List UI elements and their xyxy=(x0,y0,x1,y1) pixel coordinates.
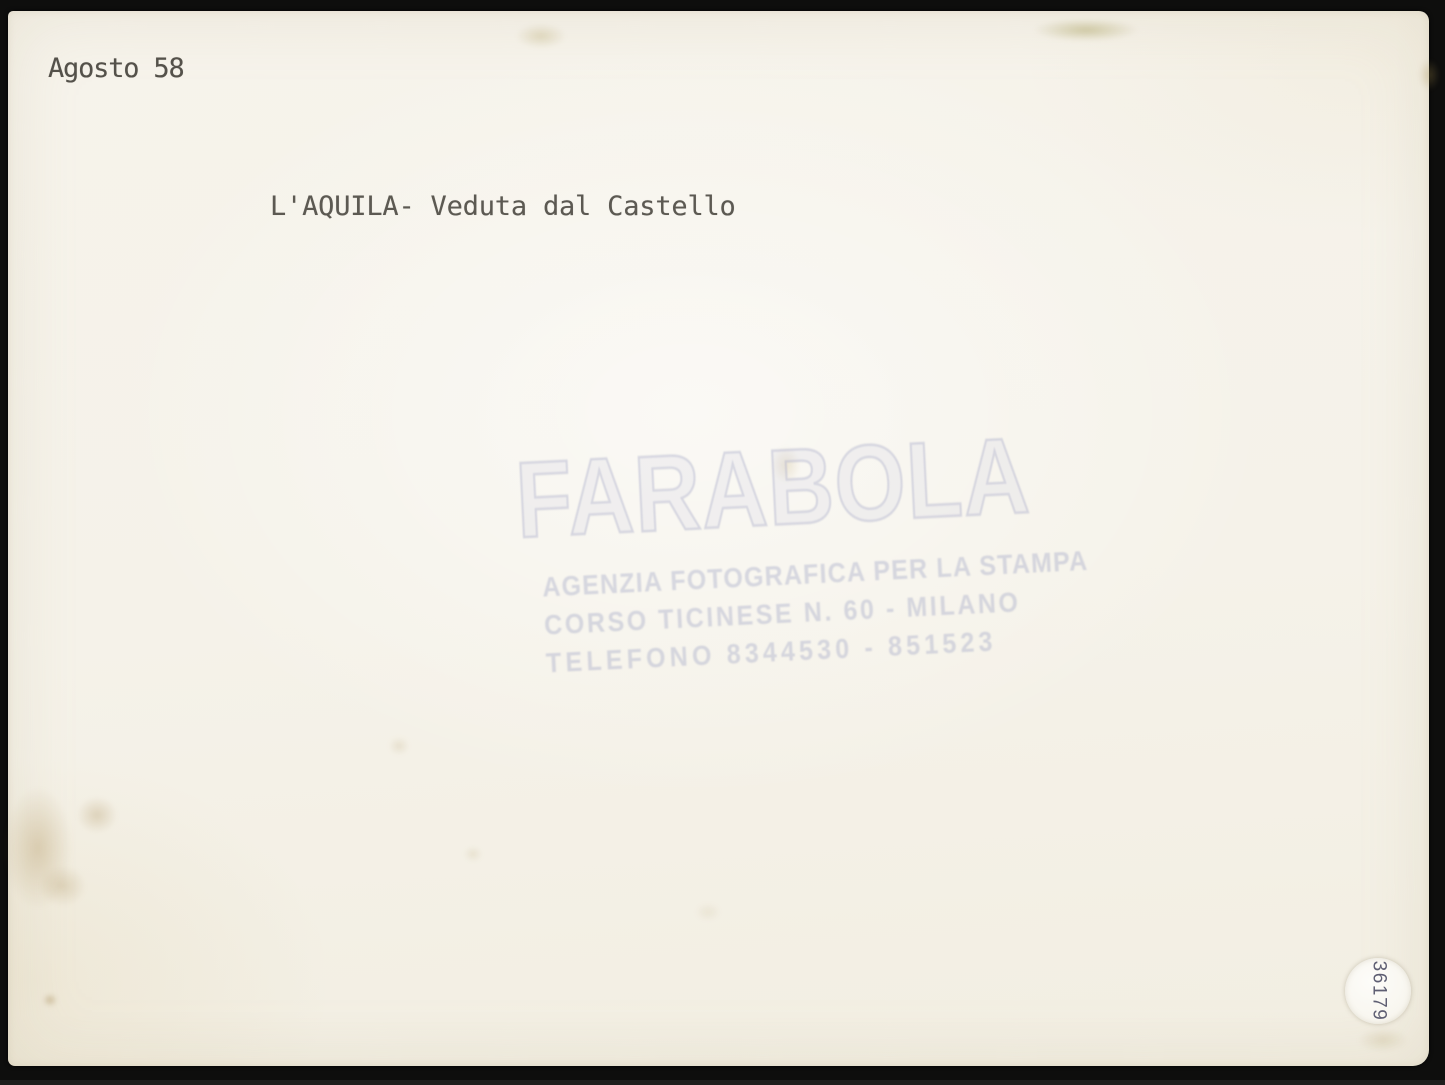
stamp-phone: TELEFONO 8344530 - 851523 xyxy=(545,626,997,680)
archive-number-sticker: 36179 xyxy=(1345,958,1411,1024)
agency-stamp: FARABOLA AGENZIA FOTOGRAFICA PER LA STAM… xyxy=(507,416,1049,692)
stain xyxy=(1016,15,1156,45)
archive-number: 36179 xyxy=(1367,961,1389,1022)
stamp-agency-name: FARABOLA xyxy=(513,423,1032,556)
stain xyxy=(68,789,126,841)
stain xyxy=(384,733,414,759)
scanned-photo-back: Agosto 58 L'AQUILA- Veduta dal Castello … xyxy=(0,0,1445,1085)
stain xyxy=(30,857,96,915)
photo-back-paper: Agosto 58 L'AQUILA- Veduta dal Castello … xyxy=(8,11,1429,1066)
stain xyxy=(506,19,576,53)
stain xyxy=(1414,53,1444,97)
stain xyxy=(766,439,806,491)
stamp-address: CORSO TICINESE N. 60 - MILANO xyxy=(543,587,1021,642)
stain xyxy=(0,763,86,933)
date-annotation: Agosto 58 xyxy=(48,53,184,84)
stain xyxy=(460,843,486,865)
stain xyxy=(1348,1023,1418,1057)
photo-caption: L'AQUILA- Veduta dal Castello xyxy=(270,191,736,222)
stain xyxy=(40,991,60,1009)
stain xyxy=(690,899,726,925)
stamp-tagline: AGENZIA FOTOGRAFICA PER LA STAMPA xyxy=(542,546,1089,605)
